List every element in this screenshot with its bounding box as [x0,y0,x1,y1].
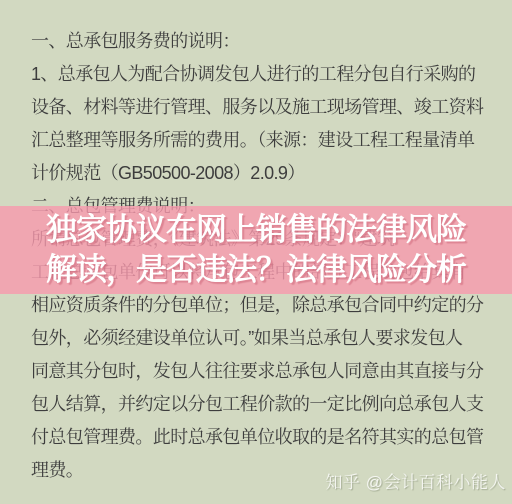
title-overlay-banner: 独家协议在网上销售的法律风险 解读，是否违法？法律风险分析 [0,206,512,294]
document-page: 一、总承包服务费的说明： 1、总承包人为配合协调发包人进行的工程分包自行采购的 … [0,0,512,504]
section-1-heading: 一、总承包服务费的说明： [31,25,502,58]
overlay-title-line-2: 解读，是否违法？法律风险分析 [0,250,512,290]
text-line: 同意其分包时，发包人往往要求总承包人同意由其直接与分 [31,355,502,388]
text-line: 汇总整理等服务所需的费用。（来源：建设工程工程量清单 [31,124,502,157]
text-line: 付总包管理费。此时总承包单位收取的是名符其实的总包管 [31,421,502,454]
text-line: 计价规范（GB50500-2008）2.0.9） [31,157,502,190]
text-line: 设备、材料等进行管理、服务以及施工现场管理、竣工资料 [31,91,502,124]
text-line: 包外，必须经建设单位认可。”如果当总承包人要求发包人 [31,322,502,355]
text-line: 包人结算，并约定以分包工程价款的一定比例向总承包人支 [31,388,502,421]
zhihu-watermark: 知乎 @会计百科小能人 [326,468,506,493]
overlay-title-line-1: 独家协议在网上销售的法律风险 [0,210,512,250]
text-line: 1、总承包人为配合协调发包人进行的工程分包自行采购的 [31,58,502,91]
